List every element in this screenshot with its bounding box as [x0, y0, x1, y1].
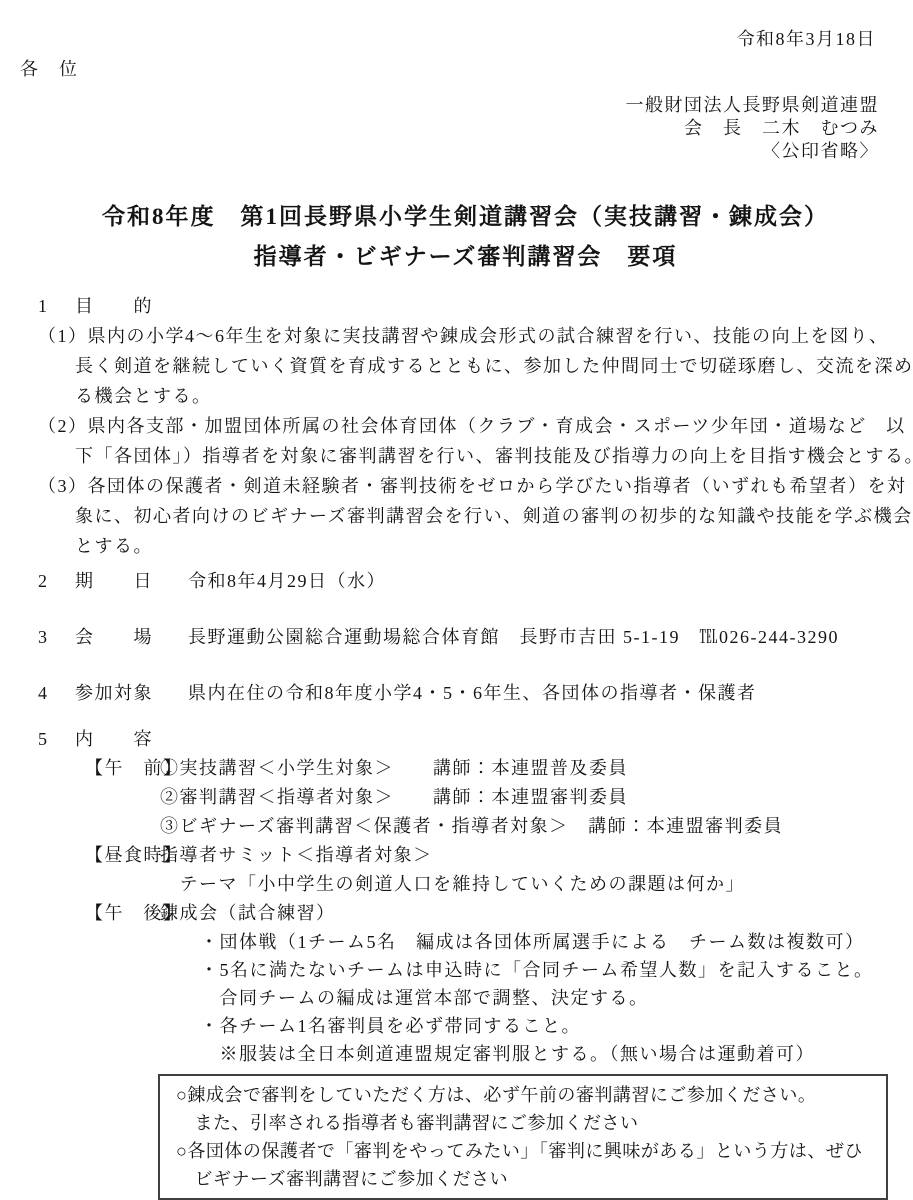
section-label: 内 容	[75, 724, 188, 754]
schedule-row-lunch: 【昼食時】 指導者サミット＜指導者対象＞	[85, 841, 893, 870]
notice-box: ○錬成会で審判をしていただく方は、必ず午前の審判講習にご参加ください。 また、引…	[158, 1074, 888, 1200]
section-number: 2	[38, 566, 75, 596]
addressee: 各 位	[20, 54, 893, 84]
schedule-text: 錬成会（試合練習）	[160, 899, 336, 928]
section-purpose-heading: 1 目 的	[38, 291, 893, 321]
paragraph-line: 長く剣道を継続していく資質を育成するとともに、参加した仲間同士で切磋琢磨し、交流…	[75, 351, 893, 381]
schedule-tag: 【昼食時】	[85, 841, 160, 870]
notice-line: ○各団体の保護者で「審判をやってみたい」「審判に興味がある」という方は、ぜひ	[176, 1137, 884, 1165]
schedule-text: テーマ「小中学生の剣道人口を維持していくための課題は何か」	[160, 870, 745, 899]
document-page: 令和8年3月18日 各 位 一般財団法人長野県剣道連盟 会 長 二木 むつみ 〈…	[0, 0, 913, 1200]
schedule-tag	[85, 870, 160, 899]
section-label: 期 日	[75, 566, 188, 596]
document-title: 令和8年度 第1回長野県小学生剣道講習会（実技講習・錬成会） 指導者・ビギナーズ…	[38, 197, 893, 277]
schedule-row: テーマ「小中学生の剣道人口を維持していくための課題は何か」	[85, 870, 893, 899]
section-venue: 3 会 場 長野運動公園総合運動場総合体育館 長野市吉田 5-1-19 ℡026…	[38, 622, 893, 652]
purpose-item-1: （1）県内の小学4～6年生を対象に実技講習や錬成会形式の試合練習を行い、技能の向…	[38, 321, 893, 411]
event-date-value: 令和8年4月29日（水）	[188, 566, 386, 596]
notice-line: ビギナーズ審判講習にご参加ください	[176, 1165, 884, 1193]
paragraph-line: （1）県内の小学4～6年生を対象に実技講習や錬成会形式の試合練習を行い、技能の向…	[38, 321, 893, 351]
paragraph-line: とする。	[75, 531, 893, 561]
sender-seal-note: 〈公印省略〉	[38, 140, 879, 163]
schedule-text: 指導者サミット＜指導者対象＞	[160, 841, 433, 870]
sender-block: 一般財団法人長野県剣道連盟 会 長 二木 むつみ 〈公印省略〉	[38, 94, 893, 163]
title-line-1: 令和8年度 第1回長野県小学生剣道講習会（実技講習・錬成会）	[38, 197, 893, 237]
schedule-tag	[85, 812, 160, 841]
schedule-tag: 【午 前】	[85, 754, 160, 783]
participants-value: 県内在住の令和8年度小学4・5・6年生、各団体の指導者・保護者	[188, 678, 757, 708]
schedule-text: ②審判講習＜指導者対象＞ 講師：本連盟審判委員	[160, 783, 628, 812]
sender-president: 会 長 二木 むつみ	[38, 117, 879, 140]
notice-line: また、引率される指導者も審判講習にご参加ください	[176, 1109, 884, 1137]
section-event-date: 2 期 日 令和8年4月29日（水）	[38, 566, 893, 596]
bullet-item: ・5名に満たないチームは申込時に「合同チーム希望人数」を記入すること。	[200, 956, 893, 984]
paragraph-line: （2）県内各支部・加盟団体所属の社会体育団体（クラブ・育成会・スポーツ少年団・道…	[38, 411, 893, 441]
section-number: 4	[38, 678, 75, 708]
purpose-item-3: （3）各団体の保護者・剣道未経験者・審判技術をゼロから学びたい指導者（いずれも希…	[38, 471, 893, 561]
schedule-tag: 【午 後】	[85, 899, 160, 928]
section-label: 参加対象	[75, 678, 188, 708]
paragraph-line: 象に、初心者向けのビギナーズ審判講習会を行い、剣道の審判の初歩的な知識や技能を学…	[75, 501, 893, 531]
paragraph-line: （3）各団体の保護者・剣道未経験者・審判技術をゼロから学びたい指導者（いずれも希…	[38, 471, 893, 501]
venue-value: 長野運動公園総合運動場総合体育館 長野市吉田 5-1-19 ℡026-244-3…	[188, 622, 839, 652]
document-date: 令和8年3月18日	[38, 24, 893, 54]
sender-organization: 一般財団法人長野県剣道連盟	[38, 94, 879, 117]
bullet-item-continuation: 合同チームの編成は運営本部で調整、決定する。	[200, 984, 893, 1012]
bullet-item: ・団体戦（1チーム5名 編成は各団体所属選手による チーム数は複数可）	[200, 928, 893, 956]
schedule-text: ①実技講習＜小学生対象＞ 講師：本連盟普及委員	[160, 754, 628, 783]
section-contents: 5 内 容 【午 前】 ①実技講習＜小学生対象＞ 講師：本連盟普及委員 ②審判講…	[38, 724, 893, 1068]
bullet-item: ・各チーム1名審判員を必ず帯同すること。	[200, 1012, 893, 1040]
section-label: 会 場	[75, 622, 188, 652]
bullet-item-note: ※服装は全日本剣道連盟規定審判服とする。（無い場合は運動着可）	[200, 1040, 893, 1068]
schedule-row-afternoon: 【午 後】 錬成会（試合練習）	[85, 899, 893, 928]
section-number: 5	[38, 724, 75, 754]
notice-line: ○錬成会で審判をしていただく方は、必ず午前の審判講習にご参加ください。	[176, 1081, 884, 1109]
section-contents-heading: 5 内 容	[38, 724, 893, 754]
paragraph-line: 下「各団体」）指導者を対象に審判講習を行い、審判技能及び指導力の向上を目指す機会…	[75, 441, 893, 471]
schedule-row-morning: 【午 前】 ①実技講習＜小学生対象＞ 講師：本連盟普及委員	[85, 754, 893, 783]
schedule-row: ②審判講習＜指導者対象＞ 講師：本連盟審判委員	[85, 783, 893, 812]
section-number: 3	[38, 622, 75, 652]
purpose-item-2: （2）県内各支部・加盟団体所属の社会体育団体（クラブ・育成会・スポーツ少年団・道…	[38, 411, 893, 471]
section-purpose: 1 目 的 （1）県内の小学4～6年生を対象に実技講習や錬成会形式の試合練習を行…	[38, 291, 893, 561]
section-participants: 4 参加対象 県内在住の令和8年度小学4・5・6年生、各団体の指導者・保護者	[38, 678, 893, 708]
section-number: 1	[38, 291, 75, 321]
paragraph-line: る機会とする。	[75, 381, 893, 411]
title-line-2: 指導者・ビギナーズ審判講習会 要項	[38, 237, 893, 277]
section-label: 目 的	[75, 291, 188, 321]
schedule-tag	[85, 783, 160, 812]
schedule-row: ③ビギナーズ審判講習＜保護者・指導者対象＞ 講師：本連盟審判委員	[85, 812, 893, 841]
schedule-text: ③ビギナーズ審判講習＜保護者・指導者対象＞ 講師：本連盟審判委員	[160, 812, 783, 841]
